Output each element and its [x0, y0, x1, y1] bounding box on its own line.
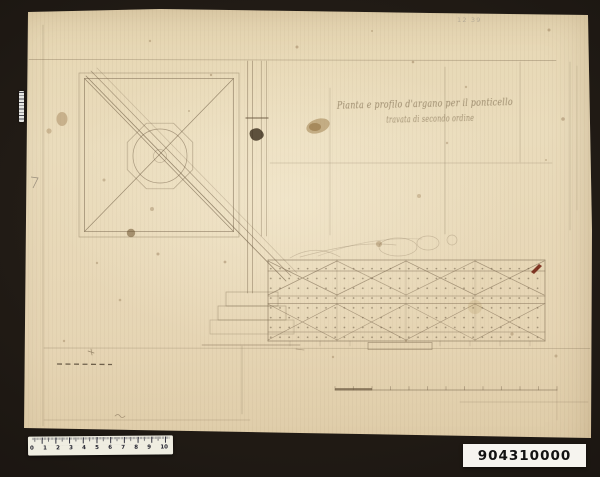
ruler-number: 0	[30, 446, 34, 452]
small-marks	[31, 177, 304, 418]
ruler-number: 1	[43, 445, 47, 451]
catalog-number: 904310000	[478, 448, 572, 464]
vertical-post	[246, 61, 268, 293]
ruler-number: 10	[160, 444, 168, 450]
truss-elevation	[268, 260, 545, 350]
pencil-note: 12 39	[457, 16, 482, 24]
drawing-artwork: Pianta e profilo d'argano per il pontice…	[0, 0, 600, 477]
ruler-number: 5	[95, 445, 99, 451]
inscription-line-2: travata di secondo ordine	[386, 113, 474, 126]
plan-square	[79, 73, 239, 237]
ruler-number: 3	[69, 445, 73, 451]
bolt-dots	[269, 261, 545, 340]
ruler-number: 7	[121, 445, 125, 451]
inscription: Pianta e profilo d'argano per il pontice…	[336, 97, 513, 127]
diagonal-brace	[86, 68, 297, 281]
scale-bar	[335, 387, 557, 391]
ghost-sketch	[290, 235, 457, 258]
ruler-numbers: 0 1 2 3 4 5 6 7 8 9 10	[30, 444, 168, 451]
pencil-squiggle	[31, 177, 38, 188]
catalog-label: 904310000	[463, 444, 586, 467]
border-ruler-fragment	[19, 91, 24, 122]
ruler-number: 4	[82, 445, 86, 451]
measurement-ruler: 0 1 2 3 4 5 6 7 8 9 10	[28, 435, 173, 455]
scanned-drawing: Pianta e profilo d'argano per il pontice…	[0, 0, 600, 477]
ruler-number: 9	[147, 445, 151, 451]
ruler-number: 2	[56, 445, 60, 451]
ruler-number: 8	[134, 445, 138, 451]
ground-lines	[44, 346, 590, 420]
ruler-number: 6	[108, 445, 112, 451]
inscription-line-1: Pianta e profilo d'argano per il pontice…	[336, 97, 513, 112]
frame-lines	[29, 25, 577, 426]
